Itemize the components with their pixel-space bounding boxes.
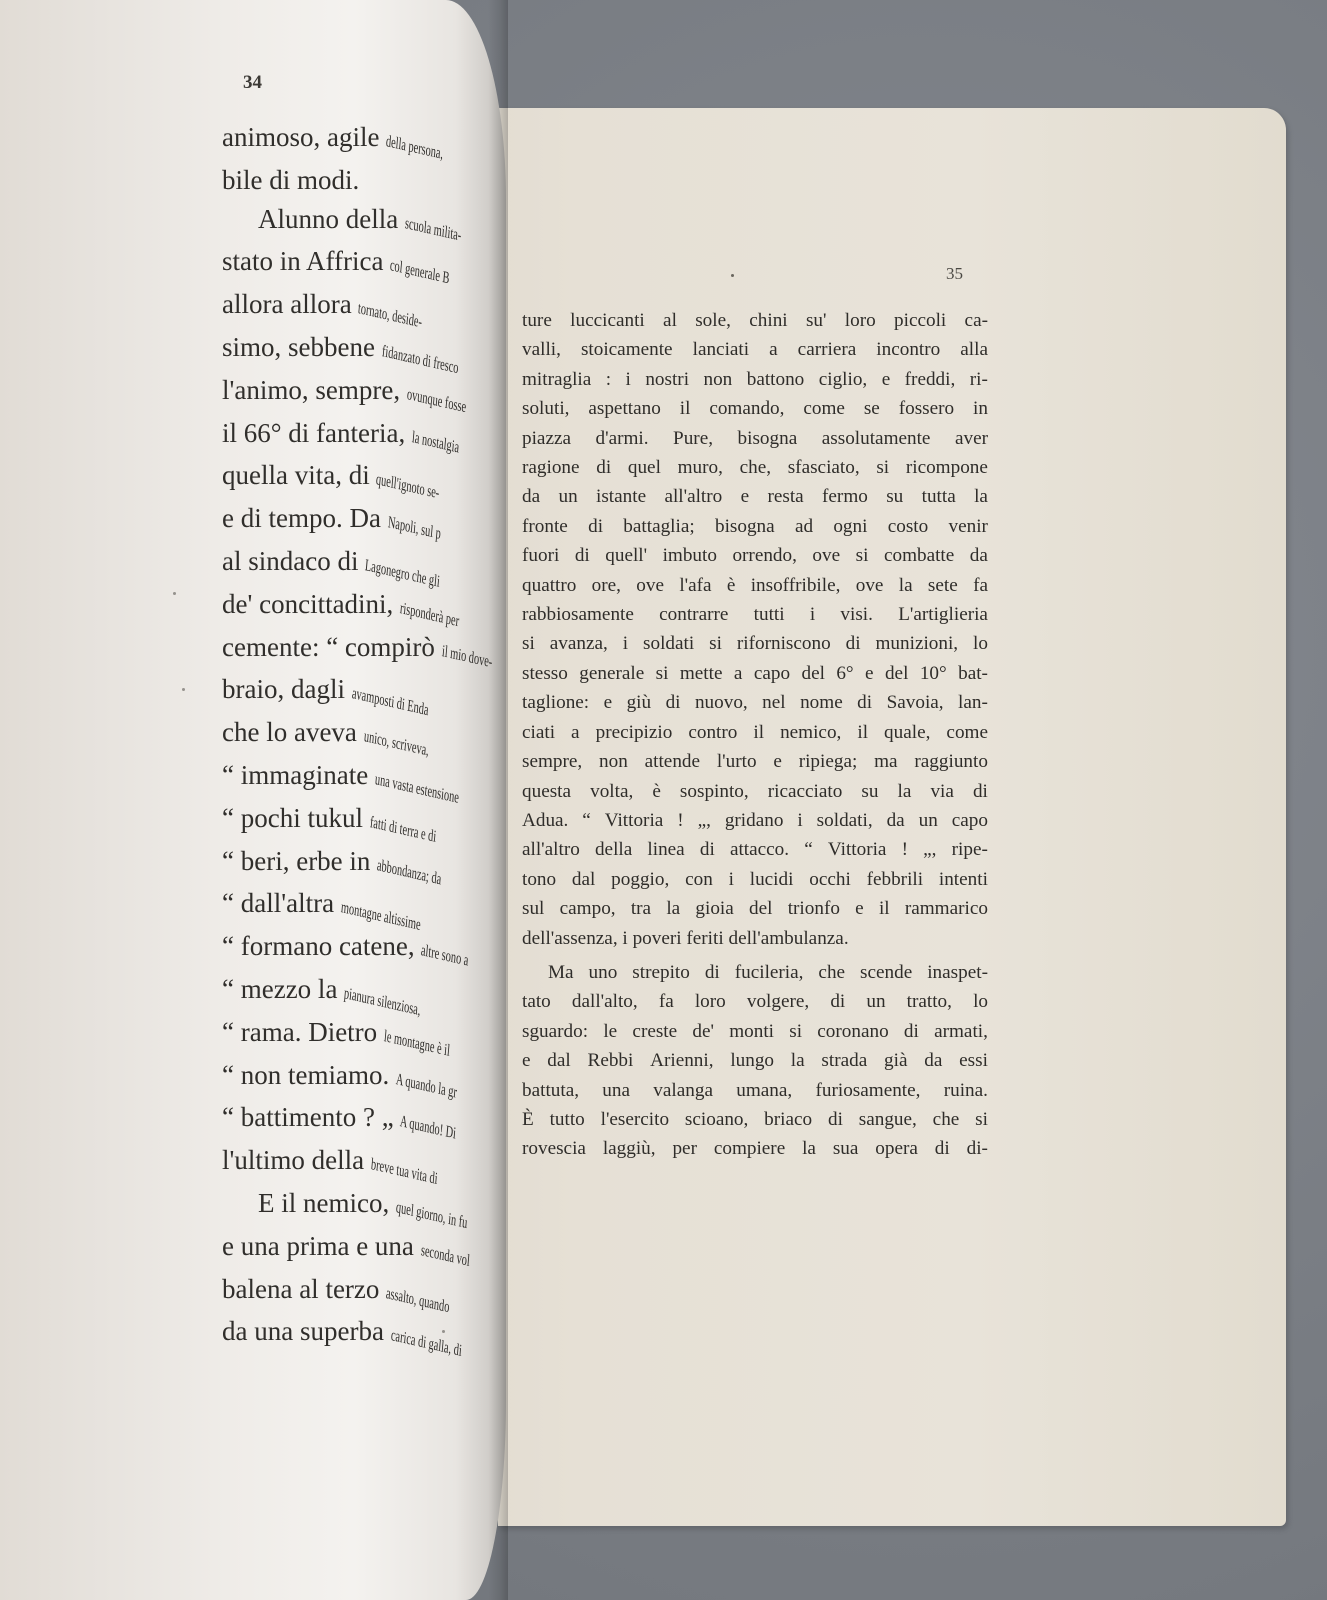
word: ma bbox=[874, 747, 897, 776]
word: si bbox=[522, 629, 535, 658]
word: avanza, bbox=[550, 629, 608, 658]
word: tato bbox=[522, 987, 551, 1016]
word: opera bbox=[875, 1134, 918, 1163]
word: via bbox=[930, 777, 953, 806]
word: questa bbox=[522, 777, 571, 806]
word: piazza bbox=[522, 424, 571, 453]
word: si bbox=[789, 1017, 802, 1046]
word: che bbox=[933, 1105, 960, 1134]
word: Ma bbox=[548, 958, 574, 987]
word: da bbox=[522, 482, 540, 511]
word: è bbox=[727, 571, 736, 600]
word: intenti bbox=[939, 865, 988, 894]
word: attende bbox=[645, 747, 700, 776]
word: i bbox=[623, 629, 628, 658]
text-line: all'altrodellalineadiattacco.“Vittoria!„… bbox=[522, 835, 988, 864]
word: fa bbox=[659, 987, 674, 1016]
line-main-text: simo, sebbene bbox=[222, 332, 382, 362]
word: quell' bbox=[605, 541, 647, 570]
text-line: edalRebbiArienni,lungolastradagiàdaessi bbox=[522, 1046, 988, 1075]
word: battaglia; bbox=[623, 512, 694, 541]
word: valli, bbox=[522, 335, 561, 364]
word: i bbox=[626, 365, 631, 394]
text-line: Alunno della scuola milita- bbox=[222, 200, 506, 243]
word: ciglio, bbox=[819, 365, 868, 394]
word: resta bbox=[767, 482, 803, 511]
word: contro bbox=[688, 718, 737, 747]
word: non bbox=[599, 747, 628, 776]
word: fa bbox=[973, 571, 988, 600]
text-line: tonodalpoggio,conilucidiocchifebbriliint… bbox=[522, 865, 988, 894]
text-line: dell'assenza, i poveri feriti dell'ambul… bbox=[522, 924, 988, 953]
word: poggio, bbox=[611, 865, 669, 894]
word: già bbox=[884, 1046, 907, 1075]
word: volta, bbox=[590, 777, 633, 806]
word: dal bbox=[547, 1046, 570, 1075]
text-line: e di tempo. Da Napoli, sul p bbox=[222, 499, 506, 542]
word: L'artiglieria bbox=[898, 600, 988, 629]
text-line: che lo aveva unico, scriveva, bbox=[222, 713, 506, 756]
word: scende bbox=[860, 958, 912, 987]
word: e bbox=[522, 1046, 531, 1075]
word: della bbox=[595, 835, 632, 864]
word: aver bbox=[955, 424, 988, 453]
word: come bbox=[946, 718, 988, 747]
word: sguardo: bbox=[522, 1017, 588, 1046]
word: di bbox=[705, 958, 720, 987]
word: ! bbox=[677, 806, 683, 835]
text-line: animoso, agile della persona, bbox=[222, 118, 506, 161]
line-main-text: che lo aveva bbox=[222, 717, 364, 747]
word: e bbox=[855, 894, 864, 923]
word: laggiù, bbox=[603, 1134, 656, 1163]
word: all'altro bbox=[522, 835, 580, 864]
word: d'armi. bbox=[596, 424, 649, 453]
word: carriera bbox=[798, 335, 857, 364]
word: venir bbox=[949, 512, 988, 541]
text-line: l'animo, sempre, ovunque fosse bbox=[222, 371, 506, 414]
word: si bbox=[876, 453, 889, 482]
word: rabbiosamente bbox=[522, 600, 634, 629]
word: umana, bbox=[736, 1076, 792, 1105]
left-page-number: 34 bbox=[243, 72, 262, 94]
text-line: sempre,nonattendel'urtoeripiega;maraggiu… bbox=[522, 747, 988, 776]
word: di bbox=[828, 1105, 843, 1134]
text-line: frontedibattaglia;bisognaadognicostoveni… bbox=[522, 512, 988, 541]
text-line: il 66° di fanteria, la nostalgia bbox=[222, 414, 506, 457]
text-line: “ mezzo la pianura silenziosa, bbox=[222, 970, 506, 1013]
line-main-text: al sindaco di bbox=[222, 546, 365, 576]
word: attacco. bbox=[730, 835, 789, 864]
word: il bbox=[857, 718, 868, 747]
word: mette bbox=[680, 659, 723, 688]
word: di bbox=[973, 777, 988, 806]
text-line: stessogeneralesimetteacapodel6°edel10°ba… bbox=[522, 659, 988, 688]
text-line: Maunostrepitodifucileria,chescendeinaspe… bbox=[522, 958, 988, 987]
line-main-text: “ non temiamo. bbox=[222, 1060, 396, 1090]
word: di bbox=[857, 688, 872, 717]
word: la bbox=[791, 1046, 805, 1075]
word: nome bbox=[800, 688, 843, 717]
word: mitraglia bbox=[522, 365, 591, 394]
word: battuta, bbox=[522, 1076, 579, 1105]
text-line: stato in Affrica col generale B bbox=[222, 242, 506, 285]
word: tra bbox=[631, 894, 651, 923]
text-line: da una superba carica di galla, di bbox=[222, 1312, 506, 1355]
word: ove bbox=[812, 541, 840, 570]
word: dell'ambulanza. bbox=[728, 924, 848, 953]
word: precipizio bbox=[596, 718, 673, 747]
text-line: ragionediquelmuro,che,sfasciato,siricomp… bbox=[522, 453, 988, 482]
word: freddi, bbox=[905, 365, 956, 394]
word: di bbox=[846, 629, 861, 658]
word: sete bbox=[928, 571, 958, 600]
word: lan- bbox=[958, 688, 988, 717]
word: strada bbox=[821, 1046, 867, 1075]
paper-speck bbox=[182, 688, 185, 691]
left-page-body-text: animoso, agile della persona,bile di mod… bbox=[222, 118, 506, 1355]
word: piccoli bbox=[894, 306, 946, 335]
word: orrendo, bbox=[732, 541, 796, 570]
word: i bbox=[797, 806, 802, 835]
word: “ bbox=[582, 806, 591, 835]
text-line: valli,stoicamentelanciatiacarrieraincont… bbox=[522, 335, 988, 364]
word: Arienni, bbox=[650, 1046, 713, 1075]
word: ! bbox=[902, 835, 908, 864]
text-line: quella vita, di quell'ignoto se- bbox=[222, 456, 506, 499]
line-main-text: allora allora bbox=[222, 289, 358, 319]
word: la bbox=[898, 777, 912, 806]
word: tratto, bbox=[907, 987, 952, 1016]
word: tutti bbox=[754, 600, 785, 629]
word: fossero bbox=[899, 394, 954, 423]
word: capo bbox=[754, 659, 790, 688]
word: stesso bbox=[522, 659, 568, 688]
text-line: mitraglia:inostrinonbattonociglio,efredd… bbox=[522, 365, 988, 394]
word: alla bbox=[960, 335, 988, 364]
word: si bbox=[656, 659, 669, 688]
word: contrarre bbox=[659, 600, 728, 629]
word: al bbox=[663, 306, 677, 335]
word: lo bbox=[973, 629, 988, 658]
word: un bbox=[558, 482, 577, 511]
word: ore, bbox=[592, 571, 621, 600]
word: e bbox=[604, 688, 613, 717]
line-main-text: “ mezzo la bbox=[222, 974, 344, 1004]
word: che bbox=[818, 958, 845, 987]
word: : bbox=[606, 365, 611, 394]
word: l'esercito bbox=[601, 1105, 669, 1134]
word: che, bbox=[740, 453, 771, 482]
word: soldati, bbox=[817, 806, 873, 835]
text-line: simo, sebbene fidanzato di fresco bbox=[222, 328, 506, 371]
word: l'urto bbox=[717, 747, 757, 776]
word: chini bbox=[749, 306, 787, 335]
text-line: “ beri, erbe in abbondanza; da bbox=[222, 842, 506, 885]
text-line: Ètuttol'esercitoscioano,briacodisangue,c… bbox=[522, 1105, 988, 1134]
word: stoicamente bbox=[581, 335, 673, 364]
word: comando, bbox=[709, 394, 784, 423]
word: volgere, bbox=[747, 987, 809, 1016]
word: ogni bbox=[833, 512, 867, 541]
word: Vittoria bbox=[605, 806, 664, 835]
word: essi bbox=[959, 1046, 988, 1075]
line-main-text: braio, dagli bbox=[222, 674, 352, 704]
word: incontro bbox=[876, 335, 940, 364]
word: ove bbox=[856, 571, 884, 600]
word: ri- bbox=[970, 365, 988, 394]
word: tono bbox=[522, 865, 556, 894]
word: non bbox=[703, 365, 732, 394]
word: lungo bbox=[730, 1046, 774, 1075]
word: se bbox=[864, 394, 880, 423]
line-main-text: e di tempo. Da bbox=[222, 503, 388, 533]
word: i bbox=[622, 924, 632, 953]
text-line: sulcampo,tralagioiadeltrionfoeilrammaric… bbox=[522, 894, 988, 923]
right-page: 35 tureluccicantialsole,chinisu'loropicc… bbox=[498, 108, 1286, 1526]
word: sfasciato, bbox=[788, 453, 860, 482]
word: ragione bbox=[522, 453, 580, 482]
word: monti bbox=[729, 1017, 774, 1046]
word: dal bbox=[572, 865, 595, 894]
word: di- bbox=[967, 1134, 988, 1163]
word: il bbox=[879, 894, 890, 923]
word: loro bbox=[845, 306, 876, 335]
word: sul bbox=[522, 894, 544, 923]
word: uno bbox=[589, 958, 618, 987]
word: Rebbi bbox=[588, 1046, 634, 1075]
word: nemico, bbox=[780, 718, 841, 747]
word: taglione: bbox=[522, 688, 589, 717]
word: un bbox=[919, 806, 938, 835]
line-main-text: bile di modi. bbox=[222, 165, 359, 195]
line-main-text: quella vita, di bbox=[222, 460, 376, 490]
word: raggiunto bbox=[914, 747, 988, 776]
line-main-text: “ immaginate bbox=[222, 760, 375, 790]
word: di bbox=[596, 453, 611, 482]
word: dall'alto, bbox=[572, 987, 638, 1016]
line-main-text: “ dall'altra bbox=[222, 888, 341, 918]
word: creste bbox=[632, 1017, 677, 1046]
word: bisogna bbox=[715, 512, 775, 541]
line-main-text: “ rama. Dietro bbox=[222, 1017, 384, 1047]
word: fronte bbox=[522, 512, 568, 541]
word: lanciati bbox=[693, 335, 749, 364]
word: si bbox=[709, 629, 722, 658]
word: È bbox=[522, 1105, 534, 1134]
word: ripe- bbox=[952, 835, 988, 864]
word: occhi bbox=[809, 865, 851, 894]
word: a bbox=[571, 718, 580, 747]
text-line: de' concittadini, risponderà per bbox=[222, 585, 506, 628]
word: ca- bbox=[965, 306, 988, 335]
word: scioano, bbox=[685, 1105, 748, 1134]
word: da bbox=[887, 806, 905, 835]
word: i bbox=[810, 600, 815, 629]
word: quale, bbox=[884, 718, 930, 747]
text-line: piazzad'armi.Pure,bisognaassolutamenteav… bbox=[522, 424, 988, 453]
word: 6° bbox=[836, 659, 853, 688]
word: Adua. bbox=[522, 806, 568, 835]
text-line: taglione:egiùdinuovo,nelnomediSavoia,lan… bbox=[522, 688, 988, 717]
word: costo bbox=[888, 512, 929, 541]
word: febbrili bbox=[867, 865, 923, 894]
word: ove bbox=[636, 571, 664, 600]
word: de' bbox=[692, 1017, 714, 1046]
word: si bbox=[856, 541, 869, 570]
word: gridano bbox=[725, 806, 784, 835]
word: la bbox=[974, 482, 988, 511]
word: un bbox=[866, 987, 885, 1016]
word: imbuto bbox=[663, 541, 717, 570]
text-line: l'ultimo della breve tua vita di bbox=[222, 1141, 506, 1184]
word: le bbox=[603, 1017, 617, 1046]
word: ruina. bbox=[944, 1076, 988, 1105]
word: con bbox=[685, 865, 713, 894]
printing-dot bbox=[731, 274, 734, 277]
word: armati, bbox=[934, 1017, 988, 1046]
word: dell'assenza, bbox=[522, 924, 622, 953]
word: munizioni, bbox=[876, 629, 959, 658]
line-main-text: l'animo, sempre, bbox=[222, 375, 407, 405]
word: una bbox=[602, 1076, 630, 1105]
word: di bbox=[575, 541, 590, 570]
word: nel bbox=[762, 688, 785, 717]
text-line: “ immaginate una vasta estensione bbox=[222, 756, 506, 799]
right-page-number: 35 bbox=[946, 264, 963, 284]
line-main-text: balena al terzo bbox=[222, 1274, 386, 1304]
text-line: “ formano catene, altre sono a bbox=[222, 927, 506, 970]
text-line: tatodall'alto,falorovolgere,diuntratto,l… bbox=[522, 987, 988, 1016]
word: Vittoria bbox=[828, 835, 887, 864]
line-main-text: “ formano catene, bbox=[222, 931, 421, 961]
word: „, bbox=[923, 835, 936, 864]
word: sole, bbox=[695, 306, 731, 335]
word: la bbox=[802, 1134, 816, 1163]
line-main-text: “ pochi tukul bbox=[222, 803, 370, 833]
text-line: “ battimento ? „ A quando! Di bbox=[222, 1098, 506, 1141]
word: „, bbox=[698, 806, 711, 835]
word: rammarico bbox=[905, 894, 988, 923]
text-line: quattroore,ovel'afaèinsoffribile,ovelase… bbox=[522, 571, 988, 600]
word: bisogna bbox=[738, 424, 798, 453]
word: su bbox=[861, 777, 878, 806]
word: coronano bbox=[817, 1017, 888, 1046]
word: è bbox=[652, 777, 661, 806]
word: di bbox=[904, 1017, 919, 1046]
word: da bbox=[924, 1046, 942, 1075]
text-line: al sindaco di Lagonegro che gli bbox=[222, 542, 506, 585]
text-line: Adua.“Vittoria!„,gridanoisoldati,dauncap… bbox=[522, 806, 988, 835]
line-main-text: cemente: “ compirò bbox=[222, 632, 442, 662]
word: ture bbox=[522, 306, 552, 335]
word: valanga bbox=[653, 1076, 713, 1105]
word: visi. bbox=[840, 600, 873, 629]
line-main-text: Alunno della bbox=[258, 204, 405, 234]
word: istante bbox=[596, 482, 646, 511]
word: da bbox=[970, 541, 988, 570]
word: campo, bbox=[560, 894, 616, 923]
word: aspettano bbox=[588, 394, 660, 423]
text-line: ciatiaprecipiziocontroilnemico,ilquale,c… bbox=[522, 718, 988, 747]
word: e bbox=[882, 365, 891, 394]
word: quel bbox=[628, 453, 661, 482]
word: ad bbox=[795, 512, 813, 541]
text-line: rabbiosamentecontrarretuttiivisi.L'artig… bbox=[522, 600, 988, 629]
word: ricacciato bbox=[768, 777, 843, 806]
word: insoffribile, bbox=[751, 571, 841, 600]
line-main-text: de' concittadini, bbox=[222, 589, 400, 619]
word: in bbox=[973, 394, 988, 423]
word: generale bbox=[579, 659, 644, 688]
line-curved-text: carica di galla, di bbox=[389, 1317, 463, 1371]
word: bat- bbox=[958, 659, 988, 688]
word: e bbox=[741, 482, 750, 511]
word: di bbox=[830, 987, 845, 1016]
word: l'afa bbox=[679, 571, 711, 600]
word: giù bbox=[627, 688, 652, 717]
word: del bbox=[801, 659, 824, 688]
word: i bbox=[729, 865, 734, 894]
text-line: e una prima e una seconda vol bbox=[222, 1227, 506, 1270]
line-main-text: l'ultimo della bbox=[222, 1145, 371, 1175]
word: gioia bbox=[695, 894, 733, 923]
word: inaspet- bbox=[927, 958, 988, 987]
text-line: cemente: “ compirò il mio dove- bbox=[222, 628, 506, 671]
word: come bbox=[803, 394, 845, 423]
text-line: “ pochi tukul fatti di terra e di bbox=[222, 799, 506, 842]
word: capo bbox=[952, 806, 988, 835]
line-main-text: “ battimento ? „ bbox=[222, 1102, 400, 1132]
text-line: soluti,aspettanoilcomando,comesefosseroi… bbox=[522, 394, 988, 423]
word: e bbox=[773, 747, 782, 776]
word: soluti, bbox=[522, 394, 569, 423]
text-line: tureluccicantialsole,chinisu'loropiccoli… bbox=[522, 306, 988, 335]
text-line: siavanza,isoldatisirifornisconodimunizio… bbox=[522, 629, 988, 658]
word: trionfo bbox=[788, 894, 840, 923]
word: ricompone bbox=[906, 453, 988, 482]
word: lo bbox=[973, 987, 988, 1016]
word: tutta bbox=[922, 482, 956, 511]
text-line: “ dall'altra montagne altissime bbox=[222, 884, 506, 927]
word: poveri bbox=[633, 924, 687, 953]
word: di bbox=[666, 688, 681, 717]
word: rovescia bbox=[522, 1134, 586, 1163]
text-line: braio, dagli avamposti di Enda bbox=[222, 670, 506, 713]
word: linea bbox=[647, 835, 684, 864]
word: sempre, bbox=[522, 747, 582, 776]
word: di bbox=[700, 835, 715, 864]
text-line: allora allora tornato, deside- bbox=[222, 285, 506, 328]
word: sua bbox=[833, 1134, 859, 1163]
word: compiere bbox=[714, 1134, 785, 1163]
text-line: “ rama. Dietro le montagne è il bbox=[222, 1013, 506, 1056]
word: di bbox=[588, 512, 603, 541]
text-line: bile di modi. bbox=[222, 161, 506, 200]
word: soldati bbox=[643, 629, 694, 658]
word: del bbox=[885, 659, 908, 688]
left-page: 34 animoso, agile della persona,bile di … bbox=[0, 0, 506, 1600]
word: nostri bbox=[645, 365, 689, 394]
line-main-text: E il nemico, bbox=[258, 1188, 396, 1218]
word: strepito bbox=[632, 958, 690, 987]
text-line: rovescialaggiù,percompierelasuaoperadidi… bbox=[522, 1134, 988, 1163]
right-page-body-text: tureluccicantialsole,chinisu'loropiccoli… bbox=[522, 306, 988, 1164]
word: Savoia, bbox=[887, 688, 944, 717]
word: ripiega; bbox=[799, 747, 858, 776]
word: a bbox=[734, 659, 743, 688]
word: assolutamente bbox=[822, 424, 931, 453]
